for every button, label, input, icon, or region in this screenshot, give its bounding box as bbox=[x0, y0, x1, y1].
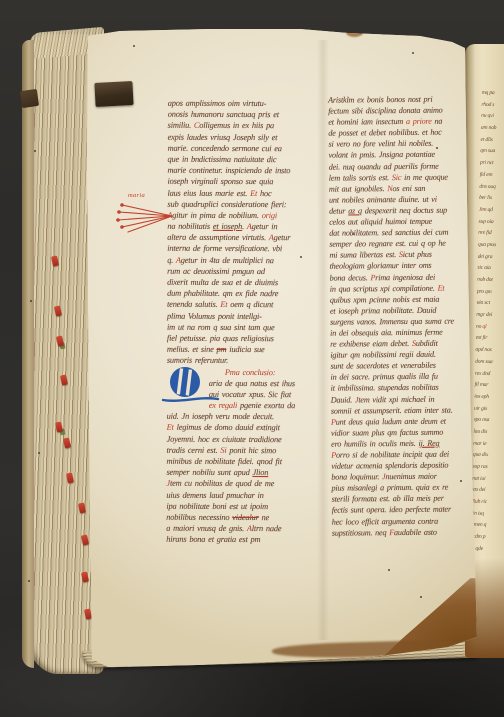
text-line: sub quadruplici consideratione fieri: bbox=[167, 199, 319, 211]
text-line: et dlis bbox=[480, 136, 504, 148]
leather-tab-stack bbox=[20, 89, 39, 108]
text-line: altera de assumptione virtutis. Agetur bbox=[167, 233, 319, 245]
text-line: melius. et sine pm iudicia sue bbox=[167, 345, 319, 357]
text-line: Jtm qd bbox=[479, 207, 504, 219]
text-line: spo nsa bbox=[474, 417, 501, 429]
margin-annotation: maria bbox=[112, 192, 188, 242]
text-line: uid. Jn ioseph veru mode decuit. bbox=[167, 412, 319, 424]
text-line: tenenda salutis. Et oem q dicunt bbox=[167, 300, 319, 312]
leather-tab-page bbox=[94, 81, 133, 107]
text-line: plima Volumus ponit intellgi- bbox=[167, 311, 319, 323]
book-cover-edge bbox=[22, 40, 34, 668]
text-line: rex dnd bbox=[475, 370, 502, 382]
cover-speck bbox=[28, 580, 30, 582]
text-line: hirans bona et gratia est pm bbox=[166, 535, 318, 547]
text-line: Rub ric bbox=[472, 499, 499, 511]
text-line: ios eph bbox=[474, 394, 501, 406]
text-line: pro qm bbox=[477, 288, 504, 300]
text-line: uir gis bbox=[474, 405, 501, 417]
text-line: na nobilitatis et ioseph. Agetur in bbox=[167, 222, 319, 234]
text-line: similiu. Colligemus in ex hiis pa bbox=[168, 121, 320, 133]
text-line: expis laudes vriusq Joseph sily et bbox=[168, 132, 320, 144]
text-line: marie. concedendo sermone cui ea bbox=[168, 143, 320, 155]
text-line: nat iui bbox=[472, 475, 499, 487]
text-line: onosis humanoru sanctuaq pris et bbox=[168, 110, 320, 122]
manuscript-photo: mq parhod snu qviam nobet dlisqm suapri … bbox=[0, 0, 504, 717]
text-line: sup ras bbox=[472, 464, 499, 476]
text-line: qm sua bbox=[480, 148, 504, 160]
ink-speck bbox=[388, 569, 390, 571]
text-line: apd nos bbox=[475, 347, 502, 359]
text-line: nob dnt bbox=[477, 277, 504, 289]
text-line: Agitur in pima de nobilium. origi bbox=[167, 211, 319, 223]
text-line: am nob bbox=[481, 125, 504, 137]
text-line: im ut na rom q sua sint tam que bbox=[167, 322, 319, 334]
text-line: fin isq bbox=[471, 510, 498, 522]
text-line: dei gra bbox=[478, 253, 504, 265]
illuminated-initial-M bbox=[160, 366, 222, 406]
text-line: marie continetur. inspiciendo de insto bbox=[168, 166, 320, 178]
text-line: mq pa bbox=[482, 90, 504, 102]
text-line: a maiori vnusq de gnis. Altrn nade bbox=[166, 524, 318, 536]
text-line: fil mar bbox=[474, 382, 501, 394]
text-line: dom sua bbox=[475, 358, 502, 370]
text-line: dum phabilitate. qm ex fide nadre bbox=[167, 289, 319, 301]
text-line: mgr dei bbox=[476, 312, 503, 324]
text-line: supstitiosum. neq Faudabile asto bbox=[332, 527, 474, 539]
ink-speck bbox=[412, 52, 414, 54]
text-line: dns ouq bbox=[479, 183, 504, 195]
text-line: lau dis bbox=[473, 429, 500, 441]
text-line: interna de forme versificatione. vbi bbox=[167, 244, 319, 256]
text-line: Et legimus de domo dauid extingit bbox=[167, 423, 319, 435]
text-line: minibus de nobilitate fidei. qnod fit bbox=[166, 457, 318, 469]
text-line: Jtem cu nobilitas de quod de me bbox=[166, 479, 318, 491]
text-column-left: apos amplissimos oim virtutu-onosis huma… bbox=[166, 99, 320, 547]
text-line: nre fid bbox=[478, 230, 504, 242]
text-line: uia sct bbox=[476, 300, 503, 312]
text-line: nobilibus necessino videalur ne bbox=[166, 513, 318, 525]
stain-top-edge bbox=[346, 28, 363, 37]
text-line: dixerit multa de sua et de diuimis bbox=[167, 278, 319, 290]
text-line: ipa nobilitate boni est ut ipoim bbox=[166, 501, 318, 513]
margin-flourish-icon bbox=[112, 200, 182, 240]
text-line: sup oia bbox=[478, 218, 504, 230]
text-line: est fir bbox=[476, 335, 503, 347]
ink-speck bbox=[133, 45, 135, 47]
text-line: laus eius laus marie est. Et hoc bbox=[167, 188, 319, 200]
text-line: qua pmo bbox=[478, 242, 504, 254]
text-line: amen q bbox=[471, 522, 498, 534]
text-line: fid em bbox=[480, 172, 504, 184]
cover-speck bbox=[38, 452, 40, 454]
text-line: ioseph virginali sponso sue quia bbox=[167, 177, 319, 189]
text-line: nu qvi bbox=[481, 113, 504, 125]
text-column-right: Aristklm ex bonis bonos nost prifectum s… bbox=[328, 94, 474, 539]
text-line: rhod s bbox=[481, 101, 504, 113]
text-line: mar ie bbox=[473, 440, 500, 452]
text-line: semper nobiliu sunt apud Jlion bbox=[166, 468, 318, 480]
text-line: fiel petuisse. pia quas religiosius bbox=[167, 334, 319, 346]
text-line: uius demens laud pmuchar in bbox=[166, 490, 318, 502]
text-line: ber lis bbox=[479, 195, 504, 207]
text-line: rum ac deuotissimi pmgun ad bbox=[167, 267, 319, 279]
text-line: tas dei bbox=[472, 487, 499, 499]
cover-speck bbox=[30, 300, 32, 302]
margin-note-word: maria bbox=[128, 192, 145, 199]
ink-speck bbox=[420, 596, 422, 598]
next-page-text-strip: mq parhod snu qviam nobet dlisqm suapri … bbox=[470, 90, 504, 565]
text-line: scdm p bbox=[471, 534, 498, 546]
text-line: qua dix bbox=[473, 452, 500, 464]
text-line: pri nct bbox=[480, 160, 504, 172]
cover-speck bbox=[34, 150, 36, 152]
text-line: q. Agetur in 4ta de multiplici na bbox=[167, 255, 319, 267]
text-line: tradis cerni est. Si ponit hic simo bbox=[167, 446, 319, 458]
text-line: sic aia bbox=[477, 265, 504, 277]
text-line: apos amplissimos oim virtutu- bbox=[168, 99, 320, 111]
text-line: que in bndictissima natiuitate dic bbox=[168, 155, 320, 167]
text-line: Joyemni. hoc ex ciuitate tradidione bbox=[167, 434, 319, 446]
